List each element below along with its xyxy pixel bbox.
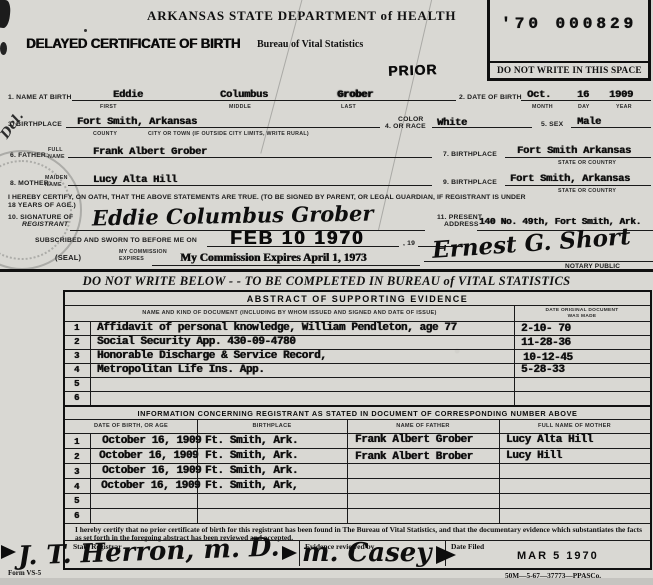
row-line [65, 463, 650, 464]
field1-line [72, 100, 456, 101]
seal-label: (SEAL) [55, 253, 81, 262]
field9-line [505, 185, 651, 186]
prior-stamp: PRIOR [388, 61, 438, 79]
row-line [65, 478, 650, 479]
column-line [514, 305, 515, 405]
row-number: 2 [74, 337, 79, 347]
mother-cell: Lucy Alta Hill [506, 434, 593, 446]
dob-cell: October 16, 1909 [102, 435, 201, 447]
sworn-label: SUBSCRIBED AND SWORN TO BEFORE ME ON [35, 237, 197, 244]
field6-line [68, 157, 432, 158]
row-number: 3 [74, 467, 79, 477]
date-cell: 10-12-45 [523, 352, 573, 364]
file-number-stamp: '70 000829 [501, 15, 637, 33]
section-divider-text: DO NOT WRITE BELOW - - TO BE COMPLETED I… [0, 274, 653, 289]
field1-sub-last: LAST [341, 104, 356, 110]
field1-sub-middle: MIDDLE [229, 104, 251, 110]
document-cell: Affidavit of personal knowledge, William… [97, 322, 457, 334]
commission-line [152, 265, 420, 266]
field7-sub: STATE OR COUNTRY [558, 160, 616, 166]
oath-text-line2: 18 YEARS OF AGE.) [8, 202, 76, 209]
father-cell: Frank Albert Brober [355, 451, 473, 463]
field1-label: 1. NAME AT BIRTH [8, 94, 72, 101]
field2-sub-month: MONTH [532, 104, 553, 110]
evidence-table-title: ABSTRACT OF SUPPORTING EVIDENCE [65, 294, 650, 304]
evidence-col1-header: NAME AND KIND OF DOCUMENT (INCLUDING BY … [65, 310, 514, 316]
row-number: 6 [74, 511, 79, 521]
dob-cell: October 16, 1909 [101, 480, 200, 492]
field7-label: 7. BIRTHPLACE [443, 151, 497, 158]
field6-sub2: NAME [48, 154, 65, 160]
bureau-subtitle: Bureau of Vital Statistics [257, 39, 363, 50]
scan-blot [0, 42, 7, 55]
registrant-signature: Eddie Columbus Grober [92, 201, 374, 231]
certificate-document: Del. ARKANSAS STATE DEPARTMENT of HEALTH… [0, 0, 653, 585]
field8-line [68, 185, 432, 186]
row-number: 4 [74, 365, 79, 375]
father-cell: Frank Albert Grober [355, 434, 473, 446]
commission-label-line1: MY COMMISSION [119, 249, 167, 255]
field2-sub-day: DAY [578, 104, 590, 110]
row-number: 6 [74, 393, 79, 403]
field11-label-line2: ADDRESS [444, 221, 479, 228]
line [65, 523, 650, 524]
row-number: 5 [74, 379, 79, 389]
footer-cell-line [299, 540, 300, 566]
field7-line [505, 157, 651, 158]
notary-signature: Ernest G. Short [431, 223, 631, 264]
field11-label-line1: 11. PRESENT [437, 214, 482, 221]
sworn-year-suffix: , 19 [403, 240, 415, 247]
line [65, 305, 650, 306]
oath-text-line1: I HEREBY CERTIFY, ON OATH, THAT THE ABOV… [8, 194, 526, 201]
field3-sub-city: CITY OR TOWN (IF OUTSIDE CITY LIMITS, WR… [148, 131, 309, 137]
arrow-marker-icon [282, 546, 297, 560]
registrant-table-title: INFORMATION CONCERNING REGISTRANT AS STA… [65, 409, 650, 418]
notary-line [424, 261, 653, 262]
field2-label: 2. DATE OF BIRTH [459, 94, 522, 101]
field8-sub2: NAME [45, 182, 62, 188]
field8-sub1: MAIDEN [45, 175, 68, 181]
print-code: 50M—5-67—37773—PPASCo. [505, 571, 601, 580]
birthplace-cell: Ft. Smith, Ark. [205, 465, 298, 477]
date-cell: 2-10- 70 [521, 323, 571, 335]
evidence-col2-header-line2: WAS MADE [514, 314, 650, 319]
row-line [65, 508, 650, 509]
field6-sub1: FULL [48, 147, 63, 153]
birthplace-cell: Ft. Smith, Ark. [205, 450, 298, 462]
field2-sub-year: YEAR [616, 104, 632, 110]
field6-label: 6. FATHER: [10, 152, 49, 159]
row-number: 5 [74, 496, 79, 506]
field9-value: Fort Smith, Arkansas [510, 173, 630, 185]
document-cell: Social Security App. 430-09-4780 [97, 336, 295, 348]
field5-line [571, 127, 651, 128]
field7-value: Fort Smith Arkansas [517, 145, 631, 157]
field10-label-line1: 10. SIGNATURE OF [8, 214, 73, 221]
table-divider [65, 405, 650, 407]
arrow-marker-icon [1, 545, 16, 559]
section-divider-rule [0, 269, 653, 272]
dob-cell: October 16, 1909 [99, 450, 198, 462]
birthplace-cell: Ft. Smith, Ark, [205, 480, 298, 492]
do-not-write-strip: DO NOT WRITE IN THIS SPACE [490, 61, 648, 78]
date-filed-stamp: MAR 5 1970 [517, 550, 599, 562]
mother-cell: Lucy Hill [506, 450, 562, 462]
evidence-reviewed-signature: m. Casey [302, 538, 431, 568]
dob-cell: October 16, 1909 [102, 465, 201, 477]
header-mother: FULL NAME OF MOTHER [499, 423, 650, 429]
row-line [65, 448, 650, 449]
field10-label-line2: REGISTRANT [22, 221, 68, 228]
row-number: 1 [74, 323, 79, 333]
document-cell: Metropolitan Life Ins. App. [97, 364, 264, 376]
form-title: DELAYED CERTIFICATE OF BIRTH [26, 35, 240, 51]
bureau-section-box: ABSTRACT OF SUPPORTING EVIDENCE NAME AND… [63, 290, 652, 570]
row-line [65, 493, 650, 494]
row-line [65, 377, 650, 378]
row-number: 3 [74, 351, 79, 361]
commission-label-line2: EXPIRES [119, 256, 144, 262]
row-number: 1 [74, 437, 79, 447]
header-father: NAME OF FATHER [347, 423, 499, 429]
field4-line [432, 127, 532, 128]
field4-label-line2: 4. OR RACE [385, 123, 426, 130]
scan-blot [84, 29, 87, 32]
date-cell: 5-28-33 [521, 364, 564, 376]
file-number-box: '70 000829 DO NOT WRITE IN THIS SPACE [487, 0, 651, 81]
evidence-col2-header-line1: DATE ORIGINAL DOCUMENT [514, 308, 650, 313]
document-cell: Honorable Discharge & Service Record, [97, 350, 326, 362]
scan-blot [0, 0, 11, 29]
do-not-write-label: DO NOT WRITE IN THIS SPACE [490, 63, 648, 78]
form-number: Form VS-5 [8, 569, 41, 577]
field3-line [66, 127, 380, 128]
agency-title: ARKANSAS STATE DEPARTMENT of HEALTH [147, 8, 456, 24]
field9-sub: STATE OR COUNTRY [558, 188, 616, 194]
commission-stamp: My Commission Expires April 1, 1973 [180, 252, 366, 264]
row-number: 2 [74, 452, 79, 462]
field9-label: 9. BIRTHPLACE [443, 179, 497, 186]
header-birthplace: BIRTHPLACE [197, 423, 347, 429]
row-line [65, 391, 650, 392]
field1-sub-first: FIRST [100, 104, 117, 110]
sworn-line [207, 246, 399, 247]
field4-label-line1: COLOR [398, 116, 424, 123]
field3-label: 3. BIRTHPLACE [8, 121, 62, 128]
birthplace-cell: Ft. Smith, Ark. [205, 435, 298, 447]
field2-line [521, 100, 651, 101]
header-dob: DATE OF BIRTH, OR AGE [65, 423, 197, 429]
date-cell: 11-28-36 [521, 337, 571, 349]
line [65, 419, 650, 420]
field3-sub-county: COUNTY [93, 131, 117, 137]
row-number: 4 [74, 482, 79, 492]
arrow-marker-icon [436, 546, 456, 564]
field5-label: 5. SEX [541, 121, 563, 128]
